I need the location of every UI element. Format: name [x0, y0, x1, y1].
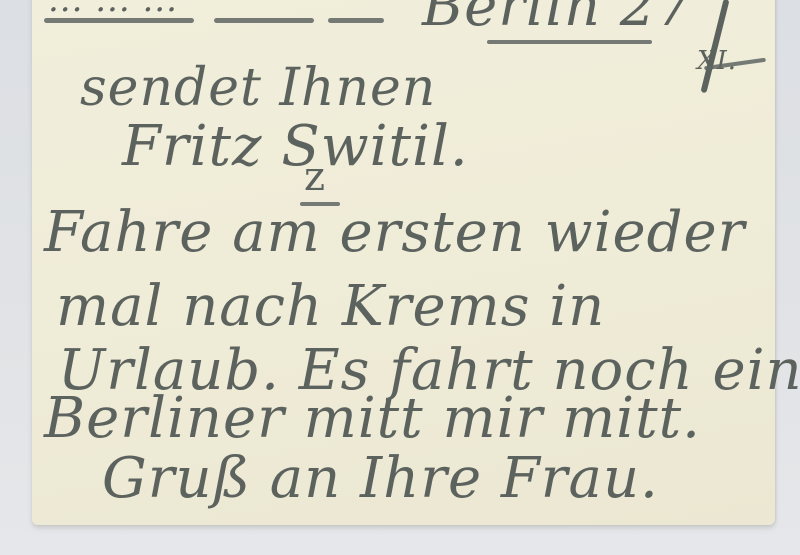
line-3: Fahre am ersten wieder: [44, 200, 745, 265]
header-underline-2: [214, 18, 314, 23]
header-underline-3: [328, 18, 384, 23]
date-underline: [487, 40, 652, 44]
line-sendet-ihnen: sendet Ihnen: [80, 58, 436, 118]
line-4: mal nach Krems in: [56, 274, 605, 339]
header-underline-1: [44, 18, 194, 23]
cropped-header-text: ... ... ...: [48, 0, 178, 20]
place-date: Berlin 27: [422, 0, 693, 39]
line-signature: Fritz Switil.: [122, 114, 469, 179]
line-6: Berliner mitt mir mitt.: [44, 386, 701, 451]
date-month: XI.: [697, 46, 737, 76]
line-7-greeting: Gruß an Ihre Frau.: [102, 446, 659, 511]
postcard: ... ... ... Berlin 27 XI. sendet Ihnen F…: [32, 0, 775, 525]
underlined-z: z: [304, 154, 326, 200]
